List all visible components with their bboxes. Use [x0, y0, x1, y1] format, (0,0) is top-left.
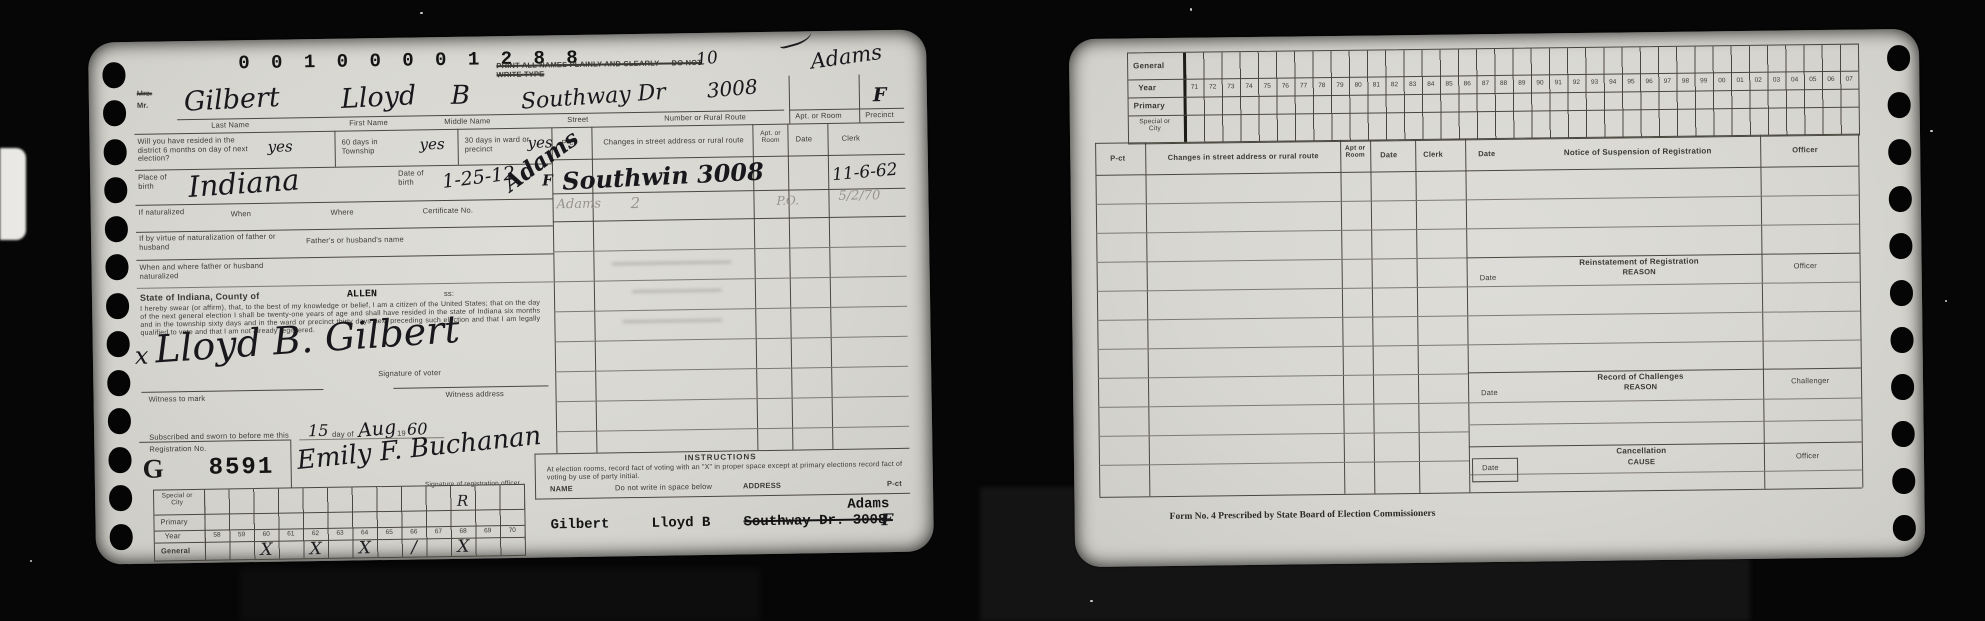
general-mark-cell	[279, 541, 304, 558]
year-cell: 05	[1804, 77, 1822, 84]
year-cell: 87	[1476, 81, 1494, 88]
instructions-body: At election rooms, record fact of voting…	[547, 461, 903, 483]
year-cell: 63	[328, 531, 353, 538]
reinstatement-reason-header: REASON	[1527, 267, 1752, 278]
primary-mark-cell	[401, 494, 426, 526]
handwritten-precinct-letter: F	[873, 84, 887, 106]
general-mark-cell: X	[451, 539, 476, 556]
year-cell: 89	[1513, 81, 1531, 88]
year-cell: 76	[1276, 83, 1294, 90]
year-cell: 97	[1658, 79, 1676, 86]
rule	[457, 129, 459, 165]
witness-address-label: Witness address	[445, 390, 504, 399]
year-cell: 06	[1822, 77, 1840, 84]
date-column-header: Date	[795, 135, 812, 144]
precinct-label: Precinct	[865, 111, 894, 120]
dust-speck	[1090, 600, 1093, 602]
typed-first-name: Lloyd B	[651, 515, 710, 532]
rule	[554, 276, 907, 283]
rule	[1469, 470, 1862, 476]
year-cell: 93	[1585, 80, 1603, 87]
primary-mark-cell	[426, 494, 451, 526]
rule	[553, 246, 906, 253]
general-mark-cell	[475, 538, 500, 555]
punch-hole	[108, 408, 131, 434]
rule	[393, 385, 548, 388]
punch-hole	[103, 139, 126, 165]
year-cell: 73	[1222, 84, 1240, 91]
handwritten-top-number: 10	[695, 48, 719, 70]
faint-apt-entry: P.O.	[776, 193, 799, 207]
dust-speck	[1190, 8, 1192, 11]
dust-speck	[420, 12, 423, 14]
clerk-column-header: Clerk	[841, 134, 860, 143]
rule	[1468, 398, 1861, 404]
rule	[789, 76, 791, 124]
year-cell: 69	[475, 528, 500, 535]
rule	[1467, 311, 1860, 317]
cancellation-date-box	[1472, 458, 1518, 483]
rule	[859, 74, 861, 122]
clerk-column-header: Clerk	[1423, 151, 1443, 160]
year-cell: 74	[1240, 84, 1258, 91]
general-mark-cell	[500, 538, 525, 555]
ghost-stamp-mark	[632, 289, 722, 293]
ghost-stamp-mark	[611, 261, 731, 266]
handwritten-last-name: Gilbert	[183, 82, 280, 118]
punch-hole	[1890, 327, 1913, 353]
rule	[1099, 431, 1469, 437]
rule	[1096, 228, 1466, 234]
punch-hole	[104, 177, 127, 203]
general-mark-cell: X	[303, 541, 328, 558]
question-precinct-label: 30 days in ward or precinct	[464, 136, 530, 154]
rule	[553, 216, 906, 223]
punch-hole	[1888, 92, 1911, 118]
microfilm-scan: 0 0 1 0 0 0 0 1 2 8 8 PRINT ALL NAMES PL…	[0, 0, 1985, 621]
punch-hole	[108, 447, 131, 473]
challenges-date-header: Date	[1481, 389, 1498, 398]
general-row-label: General	[161, 547, 190, 556]
year-cell: 58	[205, 532, 230, 539]
rule	[1098, 344, 1468, 350]
year-cell: 82	[1385, 82, 1403, 89]
rule	[334, 131, 336, 167]
change-of-address-date: 11-6-62	[831, 160, 898, 186]
punch-hole	[1891, 374, 1914, 400]
general-mark-cell	[426, 539, 451, 556]
year-cell: 98	[1676, 79, 1694, 86]
punch-hole	[106, 331, 129, 357]
general-mark-cell: X	[254, 542, 279, 559]
street-label: Street	[567, 116, 588, 125]
pct-bottom-label: P-ct	[887, 480, 902, 489]
faint-date-entry: 5/2/70	[838, 188, 880, 204]
primary-mark-cell	[253, 497, 278, 529]
apt-column-header: Apt. or Room	[755, 130, 785, 144]
cancellation-officer-header: Officer	[1796, 452, 1819, 461]
fathers-name-label: Father's or husband's name	[306, 236, 404, 246]
do-not-write-note: Do not write in space below	[615, 483, 712, 493]
rule	[1466, 195, 1859, 201]
year-cell: 77	[1294, 83, 1312, 90]
name-column-label: NAME	[550, 485, 573, 494]
rule	[290, 439, 292, 487]
year-cell: 99	[1695, 78, 1713, 85]
primary-mark-cell	[352, 495, 377, 527]
typed-address-struck: Southway Dr. 3008	[743, 512, 886, 530]
punch-hole	[105, 216, 128, 242]
year-cell: 02	[1749, 78, 1767, 85]
voter-registration-card-front: 0 0 1 0 0 0 0 1 2 8 8 PRINT ALL NAMES PL…	[88, 29, 934, 564]
cancellation-cause-header: CAUSE	[1529, 457, 1754, 468]
punch-hole	[106, 293, 129, 319]
general-mark-cell	[229, 542, 254, 559]
punch-hole	[107, 370, 130, 396]
rule	[1099, 460, 1469, 466]
year-cell: 72	[1204, 84, 1222, 91]
date-column-header: Date	[1380, 151, 1397, 160]
cancellation-title: Cancellation	[1529, 446, 1754, 457]
year-cell: 01	[1731, 78, 1749, 85]
rule	[1469, 420, 1862, 426]
year-cell: 85	[1440, 81, 1458, 88]
primary-mark-cell	[376, 495, 401, 527]
film-edge-blob	[0, 148, 26, 240]
challenges-officer-header: Challenger	[1791, 377, 1829, 386]
year-cell: 70	[500, 528, 525, 535]
punch-hole	[110, 524, 133, 550]
changes-column-header: Changes in street address or rural route	[1150, 152, 1336, 163]
rule	[787, 124, 793, 450]
voting-years-grid: General Year Primary Special or City 717…	[1127, 44, 1860, 145]
middle-name-label: Middle Name	[444, 117, 491, 126]
rule	[1467, 282, 1860, 288]
question-residency-answer: yes	[267, 137, 292, 155]
apt-or-room-label: Apt. or Room	[795, 112, 842, 121]
faint-precinct-entry: Adams	[556, 197, 601, 213]
special-or-city-row-label: Special or City	[1137, 118, 1173, 132]
year-cell: 59	[229, 532, 254, 539]
punch-hole	[1889, 233, 1912, 259]
year-cell: 65	[377, 530, 402, 537]
year-cell: 71	[1185, 85, 1203, 92]
by-virtue-label: If by virtue of naturalization of father…	[139, 232, 289, 251]
pct-column-header: P-ct	[1110, 155, 1125, 164]
date-of-birth-label: Date of birth	[398, 169, 434, 187]
year-cell: 80	[1349, 83, 1367, 90]
general-marks-row: XXX/X	[205, 538, 525, 560]
registration-number: 8591	[208, 454, 274, 482]
voting-record-grid: Special or City Primary Year General R 5…	[153, 484, 526, 562]
suspension-title: Notice of Suspension of Registration	[1525, 147, 1750, 158]
year-cell: 03	[1767, 77, 1785, 84]
dust-speck	[1930, 130, 1933, 132]
primary-mark-cell	[229, 497, 254, 529]
if-naturalized-label: If naturalized	[139, 208, 199, 217]
year-cell: 90	[1531, 80, 1549, 87]
primary-row-label: Primary	[160, 518, 187, 527]
rule	[141, 389, 323, 393]
ghost-stamp-mark	[622, 319, 722, 324]
punch-hole	[1889, 186, 1912, 212]
primary-row-label: Primary	[1134, 102, 1165, 111]
changes-column-header: Changes in street address or rural route	[598, 136, 750, 147]
reinstatement-officer-header: Officer	[1794, 262, 1817, 271]
question-residency-label: Will you have resided in the district 6 …	[137, 136, 255, 163]
year-cell: 79	[1331, 83, 1349, 90]
handwritten-house-number: 3008	[706, 74, 759, 102]
year-cell: 83	[1404, 82, 1422, 89]
punch-hole	[1892, 468, 1915, 494]
primary-mark-cell	[204, 497, 229, 529]
rule	[134, 122, 904, 135]
year-cell: 61	[278, 531, 303, 538]
rule	[136, 225, 553, 233]
punch-hole	[102, 62, 125, 88]
rule	[1097, 257, 1467, 263]
year-cell: 64	[352, 530, 377, 537]
primary-mark-cell	[278, 496, 303, 528]
year-cell: 88	[1495, 81, 1513, 88]
rule	[1097, 315, 1467, 321]
where-label: Where	[331, 208, 354, 217]
general-row-label: General	[1133, 62, 1164, 71]
general-mark-cell: X	[352, 540, 377, 557]
year-cell: 92	[1567, 80, 1585, 87]
instructions-title: INSTRUCTIONS	[684, 453, 756, 463]
faint-change-entry: 2	[630, 194, 640, 212]
handwritten-first-name: Lloyd	[340, 80, 417, 115]
number-label: Number or Rural Route	[664, 113, 746, 123]
affidavit-heading: State of Indiana, County of	[140, 292, 260, 302]
general-mark-cell: /	[402, 539, 427, 556]
first-name-label: First Name	[349, 119, 388, 128]
year-cell: 66	[402, 529, 427, 536]
rule	[1098, 402, 1468, 408]
year-cell: 95	[1622, 79, 1640, 86]
handwritten-place-of-birth: Indiana	[187, 162, 300, 203]
year-cell: 68	[451, 529, 476, 536]
primary-mark-cell	[499, 493, 524, 525]
signature-of-voter-label: Signature of voter	[378, 369, 441, 378]
rule	[534, 454, 536, 500]
year-row-label: Year	[165, 532, 181, 541]
punch-hole	[103, 100, 126, 126]
rule	[1099, 488, 1862, 498]
punch-hole	[109, 485, 132, 511]
year-cell: 04	[1786, 77, 1804, 84]
primary-mark-cell	[475, 493, 500, 525]
year-cell: 94	[1604, 79, 1622, 86]
rule	[136, 253, 553, 261]
primary-mark-cell: R	[450, 494, 475, 526]
reinstatement-date-header: Date	[1480, 274, 1497, 283]
suspension-officer-header: Officer	[1792, 146, 1818, 155]
question-township-answer: yes	[419, 135, 444, 153]
year-cell: 81	[1367, 82, 1385, 89]
last-name-label: Last Name	[211, 121, 249, 130]
rule	[1095, 166, 1858, 176]
general-mark-cell	[377, 540, 402, 557]
title-prefix-struck: Mrs.	[137, 90, 153, 99]
primary-mark-cell	[303, 496, 328, 528]
rule	[556, 426, 909, 433]
primary-marks-row: R	[204, 493, 524, 530]
punch-hole	[1888, 139, 1911, 165]
special-or-city-row-label: Special or City	[160, 492, 194, 507]
suspension-date-header: Date	[1478, 150, 1495, 159]
rule	[1096, 199, 1466, 205]
general-mark-cell	[205, 542, 230, 559]
rule	[554, 306, 907, 313]
address-column-label: ADDRESS	[743, 482, 781, 491]
punch-hole	[1893, 515, 1916, 541]
diagonal-precinct-letter: F	[542, 171, 553, 189]
when-where-naturalized-label: When and where father or husband natural…	[139, 261, 299, 281]
signature-x-mark: x	[135, 342, 149, 370]
rule	[1466, 224, 1859, 230]
registration-series: G	[142, 453, 163, 484]
dust-speck	[30, 560, 32, 562]
certificate-label: Certificate No.	[423, 207, 474, 216]
dust-speck	[1945, 300, 1947, 302]
punch-hole	[1892, 421, 1915, 447]
rule	[555, 336, 908, 343]
year-cell: 86	[1458, 81, 1476, 88]
rule	[1468, 340, 1861, 346]
handwritten-street: Southway Dr	[520, 80, 666, 115]
primary-mark-cell	[327, 496, 352, 528]
rule	[137, 281, 554, 289]
handwritten-middle-name: B	[451, 81, 471, 111]
typed-precinct-letter: F	[881, 510, 893, 529]
apt-column-header: Apt or Room	[1341, 145, 1369, 159]
handwritten-sworn-day: 15	[308, 421, 329, 440]
rule	[555, 366, 908, 373]
year-cell: 00	[1713, 78, 1731, 85]
year-cell: 84	[1422, 82, 1440, 89]
handwritten-precinct-name: Adams	[809, 40, 883, 74]
witness-to-mark-label: Witness to mark	[149, 395, 206, 404]
punch-hole	[1890, 280, 1913, 306]
rule	[1098, 373, 1468, 379]
when-label: When	[231, 210, 252, 219]
punch-hole	[105, 254, 128, 280]
place-of-birth-label: Place of birth	[138, 173, 176, 191]
title-prefix: Mr.	[137, 102, 149, 111]
year-cell: 96	[1640, 79, 1658, 86]
year-cell: 60	[254, 532, 279, 539]
typed-last-name: Gilbert	[550, 516, 609, 533]
affidavit-county: ALLEN	[347, 289, 377, 300]
voter-registration-card-back: General Year Primary Special or City 717…	[1069, 29, 1925, 567]
year-cell: 91	[1549, 80, 1567, 87]
year-row-label: Year	[1138, 84, 1156, 93]
year-cell: 67	[426, 529, 451, 536]
rule	[1097, 286, 1467, 292]
print-warning-text: PRINT ALL NAMES PLAINLY AND CLEARLY — DO…	[496, 59, 726, 80]
rule	[556, 396, 909, 403]
challenges-reason-header: REASON	[1528, 382, 1753, 393]
pen-check-mark	[776, 25, 813, 49]
year-cell: 75	[1258, 84, 1276, 91]
general-mark-cell	[328, 541, 353, 558]
year-cell: 07	[1840, 77, 1858, 84]
question-township-label: 60 days in Township	[341, 138, 403, 156]
affidavit-ss: ss:	[444, 290, 454, 299]
punch-hole	[1887, 45, 1910, 71]
year-cell: 78	[1313, 83, 1331, 90]
form-footer-text: Form No. 4 Prescribed by State Board of …	[1170, 509, 1436, 522]
film-shadow-region	[240, 568, 760, 621]
year-cell: 62	[303, 531, 328, 538]
